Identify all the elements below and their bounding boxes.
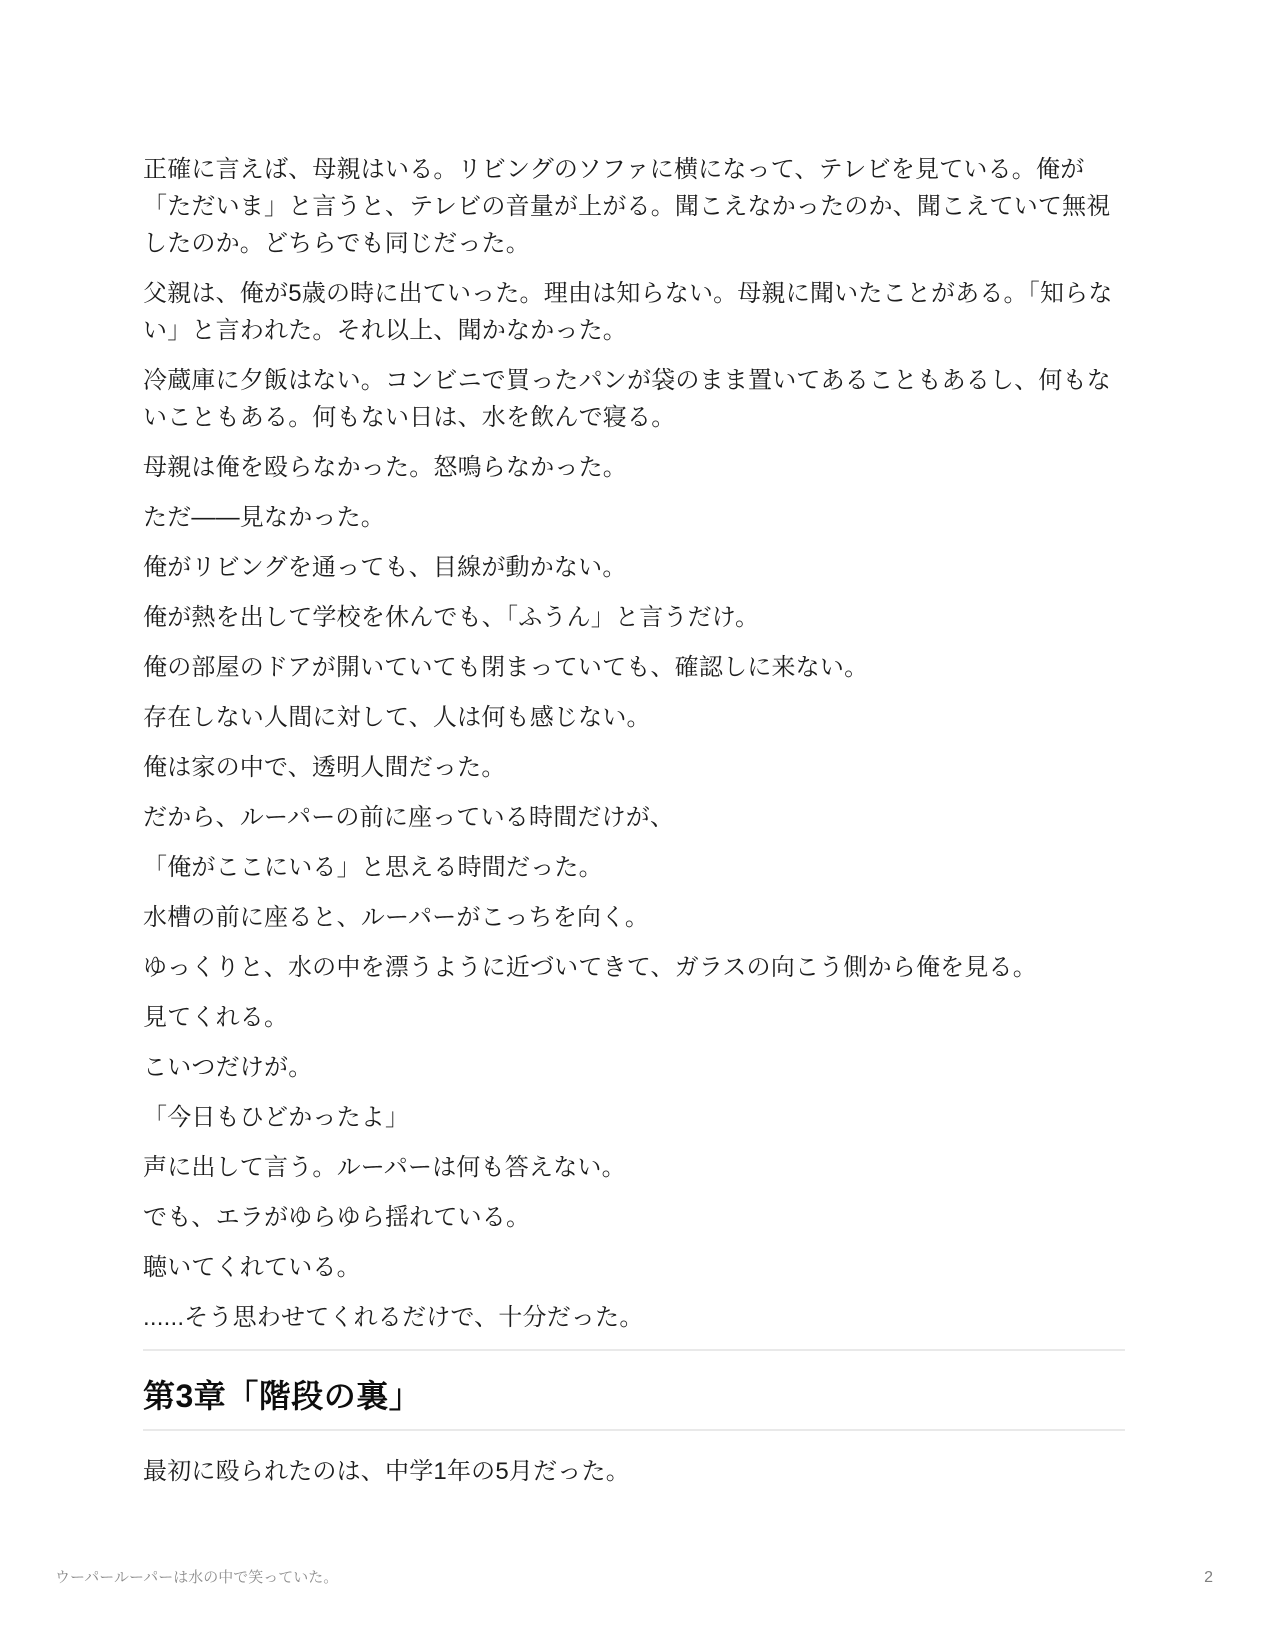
paragraph: 母親は俺を殴らなかった。怒鳴らなかった。 [143,449,1125,486]
paragraph: 父親は、俺が5歳の時に出ていった。理由は知らない。母親に聞いたことがある。「知ら… [143,275,1125,349]
document-page: 正確に言えば、母親はいる。リビングのソファに横になって、テレビを見ている。俺が「… [0,0,1275,1650]
paragraph: 俺がリビングを通っても、目線が動かない。 [143,549,1125,586]
paragraph: 「今日もひどかったよ」 [143,1099,1125,1136]
paragraph: 俺の部屋のドアが開いていても閉まっていても、確認しに来ない。 [143,649,1125,686]
paragraph: ゆっくりと、水の中を漂うように近づいてきて、ガラスの向こう側から俺を見る。 [143,949,1125,986]
divider [143,1349,1125,1351]
paragraph: ......そう思わせてくれるだけで、十分だった。 [143,1299,1125,1336]
page-footer: ウーパールーパーは水の中で笑っていた。 2 [55,1568,1213,1588]
paragraph: でも、エラがゆらゆら揺れている。 [143,1199,1125,1236]
paragraph: 存在しない人間に対して、人は何も感じない。 [143,699,1125,736]
paragraph: 冷蔵庫に夕飯はない。コンビニで買ったパンが袋のまま置いてあることもあるし、何もな… [143,362,1125,436]
paragraph: 声に出して言う。ルーパーは何も答えない。 [143,1149,1125,1186]
page-number: 2 [1204,1568,1213,1588]
footer-book-title: ウーパールーパーは水の中で笑っていた。 [55,1568,338,1588]
paragraph: 「俺がここにいる」と思える時間だった。 [143,849,1125,886]
paragraph: 最初に殴られたのは、中学1年の5月だった。 [143,1453,1125,1490]
section-heading: 第3章「階段の裏」 [143,1375,1125,1431]
paragraph: 俺は家の中で、透明人間だった。 [143,749,1125,786]
paragraph: 俺が熱を出して学校を休んでも、「ふうん」と言うだけ。 [143,599,1125,636]
paragraph: 見てくれる。 [143,999,1125,1036]
paragraph: 水槽の前に座ると、ルーパーがこっちを向く。 [143,899,1125,936]
page-content: 正確に言えば、母親はいる。リビングのソファに横になって、テレビを見ている。俺が「… [143,0,1125,1503]
paragraph: ただ――見なかった。 [143,499,1125,536]
paragraph: だから、ルーパーの前に座っている時間だけが、 [143,799,1125,836]
paragraph: 正確に言えば、母親はいる。リビングのソファに横になって、テレビを見ている。俺が「… [143,151,1125,262]
paragraph: こいつだけが。 [143,1049,1125,1086]
paragraph: 聴いてくれている。 [143,1249,1125,1286]
